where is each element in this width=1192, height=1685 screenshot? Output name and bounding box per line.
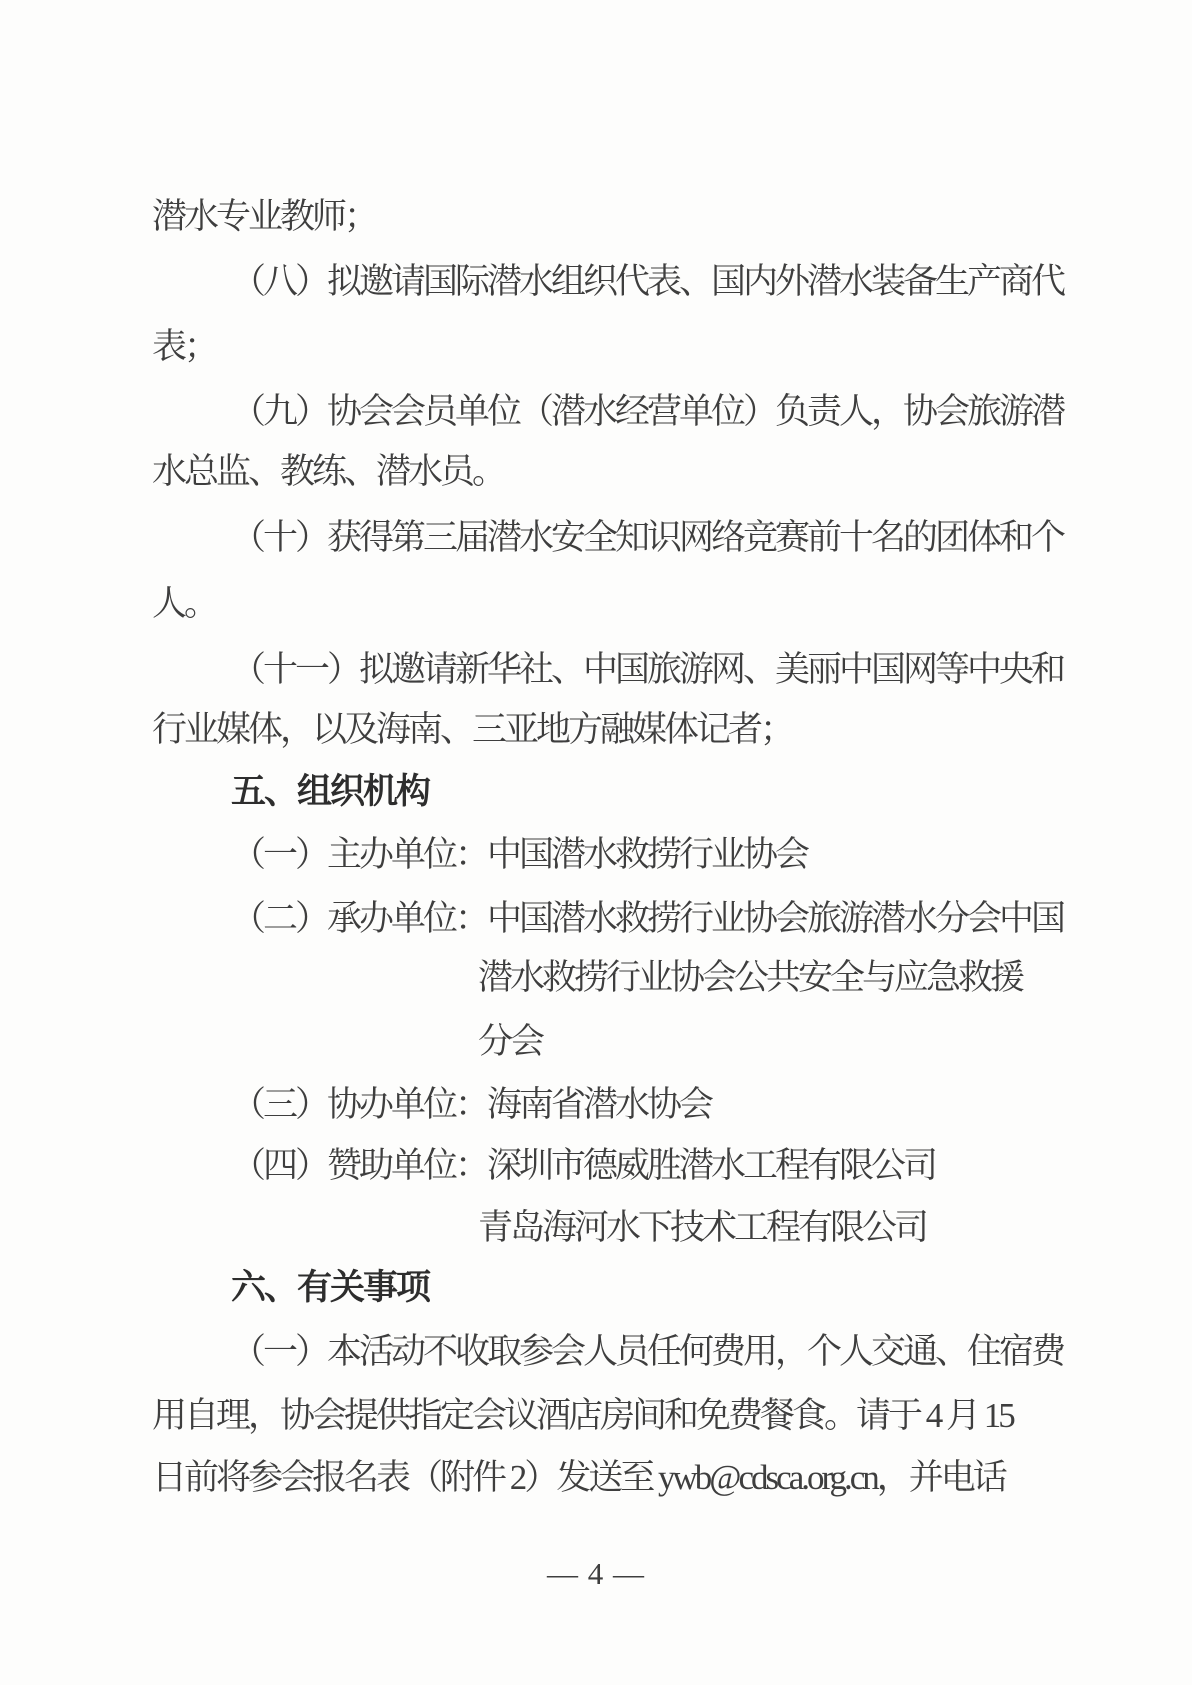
organizer-undertaker-line: （二）承办单位：中国潜水救捞行业协会旅游潜水分会中国: [231, 899, 1063, 939]
organizer-undertaker-continuation: 潜水救捞行业协会公共安全与应急救援: [478, 958, 1022, 998]
list-item-8: （八）拟邀请国际潜水组织代表、国内外潜水装备生产商代: [231, 262, 1063, 302]
body-line-with-email: 日前将参会报名表（附件 2）发送至 ywb@cdsca.org.cn，并电话: [152, 1458, 1005, 1498]
body-line: 潜水专业教师；: [152, 197, 376, 237]
list-item-10: （十）获得第三届潜水安全知识网络竞赛前十名的团体和个: [231, 518, 1063, 558]
body-line: 水总监、教练、潜水员。: [152, 452, 504, 492]
organizer-sponsor-continuation: 青岛海河水下技术工程有限公司: [478, 1208, 926, 1248]
section-heading-6: 六、有关事项: [231, 1268, 429, 1308]
body-line: 人。: [152, 584, 216, 624]
organizer-host-line: （一）主办单位：中国潜水救捞行业协会: [231, 835, 807, 875]
organizer-sponsor-line: （四）赞助单位：深圳市德威胜潜水工程有限公司: [231, 1146, 935, 1186]
list-item-11: （十一）拟邀请新华社、中国旅游网、美丽中国网等中央和: [231, 650, 1063, 690]
body-line: 行业媒体，以及海南、三亚地方融媒体记者；: [152, 710, 792, 750]
body-line: 表；: [152, 327, 216, 367]
section-heading-5: 五、组织机构: [231, 772, 429, 812]
body-line: 用自理，协会提供指定会议酒店房间和免费餐食。请于 4 月 15: [152, 1396, 1013, 1436]
document-page: 潜水专业教师； （八）拟邀请国际潜水组织代表、国内外潜水装备生产商代 表； （九…: [0, 0, 1192, 1685]
page-number: — 4 —: [0, 1556, 1192, 1592]
list-item-9: （九）协会会员单位（潜水经营单位）负责人，协会旅游潜: [231, 392, 1063, 432]
body-line: （一）本活动不收取参会人员任何费用，个人交通、住宿费: [231, 1332, 1063, 1372]
organizer-coorganizer-line: （三）协办单位：海南省潜水协会: [231, 1085, 711, 1125]
organizer-undertaker-continuation: 分会: [478, 1022, 542, 1062]
